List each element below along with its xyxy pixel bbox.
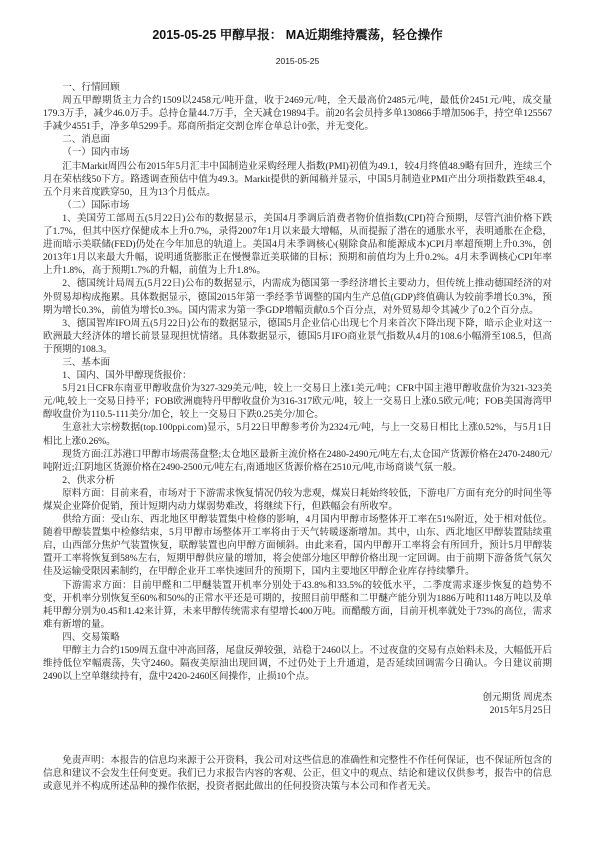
- para-supply: 供给方面：受山东、西北地区甲醇装置集中检修的影响，4月国内甲醇市场整体开工率在5…: [43, 513, 552, 578]
- para-downstream-demand: 下游需求方面：目前甲醛和二甲醚装置开机率分别处于43.8%和33.5%的较低水平…: [43, 579, 552, 631]
- para-germany-ifo: 3、德国智库IFO周五(5月22日)公布的数据显示，德国5月企业信心出现七个月来…: [43, 317, 552, 356]
- signature-block: 创元期货 周虎杰 2015年5月25日: [43, 691, 552, 717]
- section-heading-news: 二、消息面: [43, 133, 552, 146]
- signature-date: 2015年5月25日: [43, 704, 552, 717]
- subsection-heading-domestic-market: （一）国内市场: [43, 146, 552, 159]
- subsection-heading-international-market: （二）国际市场: [43, 199, 552, 212]
- para-germany-gdp: 2、德国统计局周五(5月22日)公布的数据显示，内需成为德国第一季经济增长主要动…: [43, 277, 552, 316]
- subsection-heading-supply-demand: 2、供求分析: [43, 474, 552, 487]
- report-title: 2015-05-25 甲醇早报： MA近期维持震荡，轻仓操作: [43, 28, 552, 43]
- para-reference-price: 生意社大宗榜数据(top.100ppi.com)显示，5月22日甲醇参考价为23…: [43, 421, 552, 447]
- report-page: 2015-05-25 甲醇早报： MA近期维持震荡，轻仓操作 2015-05-2…: [0, 0, 595, 842]
- report-date: 2015-05-25: [43, 56, 552, 66]
- section-heading-trading-strategy: 四、交易策略: [43, 631, 552, 644]
- signature-author: 创元期货 周虎杰: [43, 691, 552, 704]
- subsection-heading-spot-quotes: 1、国内、国外甲醇现货报价：: [43, 369, 552, 382]
- para-spot-quotes-international: 5月21日CFR东南亚甲醇收盘价为327-329美元/吨，较上一交易日上涨1美元…: [43, 382, 552, 421]
- para-market-review: 周五甲醇期货主力合约1509以2458元/吨开盘，收于2469元/吨，全天最高价…: [43, 94, 552, 133]
- section-heading-fundamentals: 三、基本面: [43, 356, 552, 369]
- disclaimer-text: 免责声明：本报告的信息均来源于公开资料，我公司对这些信息的准确性和完整性不作任何…: [43, 754, 552, 793]
- para-raw-materials: 原料方面：目前来看，市场对于下游需求恢复情况仍较为悲观，煤炭日耗始终较低，下游电…: [43, 487, 552, 513]
- para-domestic-pmi: 汇丰Markit周四公布2015年5月汇丰中国制造业采购经理人指数(PMI)初值…: [43, 160, 552, 199]
- para-spot-jiangsu: 现货方面:江苏港口甲醇市场震荡盘整;太仓地区最新主流价格在2480-2490元/…: [43, 448, 552, 474]
- report-body: 一、行情回顾 周五甲醇期货主力合约1509以2458元/吨开盘，收于2469元/…: [43, 81, 552, 793]
- para-trading-strategy: 甲醇主力合约1509周五盘中冲高回落，尾盘反弹较强，站稳于2460以上。不过夜盘…: [43, 644, 552, 683]
- section-heading-market-review: 一、行情回顾: [43, 81, 552, 94]
- disclaimer-block: 免责声明：本报告的信息均来源于公开资料，我公司对这些信息的准确性和完整性不作任何…: [43, 754, 552, 793]
- para-us-cpi: 1、美国劳工部周五(5月22日)公布的数据显示，美国4月季调后消费者物价值指数(…: [43, 212, 552, 277]
